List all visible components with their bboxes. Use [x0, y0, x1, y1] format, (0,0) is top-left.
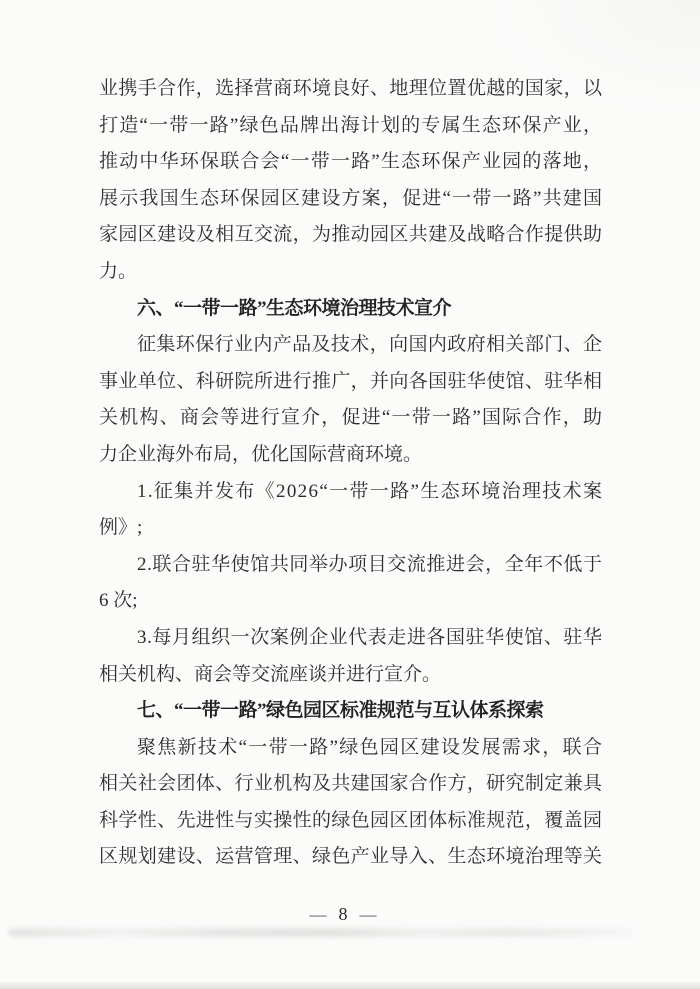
- text-line: 例》;: [99, 510, 602, 547]
- text-line: 力企业海外布局，优化国际营商环境。: [99, 437, 602, 474]
- text-line: 家园区建设及相互交流，为推动园区共建及战略合作提供助: [99, 217, 602, 254]
- footer-dash-left: —: [310, 905, 327, 924]
- scan-smudge-artifact: [8, 928, 633, 937]
- text-line: 事业单位、科研院所进行推广，并向各国驻华使馆、驻华相: [99, 364, 602, 401]
- section-heading: 六、“一带一路”生态环境治理技术宣介: [99, 291, 602, 328]
- text-line: 聚焦新技术“一带一路”绿色园区建设发展需求，联合: [99, 730, 602, 767]
- text-line: 区规划建设、运营管理、绿色产业导入、生态环境治理等关: [99, 839, 602, 876]
- footer-dash-right: —: [360, 905, 377, 924]
- section-heading: 七、“一带一路”绿色园区标准规范与互认体系探索: [99, 693, 602, 730]
- text-line: 科学性、先进性与实操性的绿色园区团体标准规范，覆盖园: [99, 803, 602, 840]
- text-line: 6 次;: [99, 583, 602, 620]
- text-line: 力。: [99, 254, 602, 291]
- text-line: 关机构、商会等进行宣介，促进“一带一路”国际合作，助: [99, 400, 602, 437]
- text-line: 业携手合作，选择营商环境良好、地理位置优越的国家，以: [99, 71, 602, 108]
- document-body: 业携手合作，选择营商环境良好、地理位置优越的国家，以打造“一带一路”绿色品牌出海…: [99, 71, 602, 876]
- text-line: 2.联合驻华使馆共同举办项目交流推进会，全年不低于: [99, 547, 602, 584]
- document-page: 业携手合作，选择营商环境良好、地理位置优越的国家，以打造“一带一路”绿色品牌出海…: [0, 0, 700, 989]
- text-line: 1.征集并发布《2026“一带一路”生态环境治理技术案: [99, 474, 602, 511]
- scan-edge-shadow: [0, 982, 700, 989]
- page-footer: —8—: [0, 901, 693, 928]
- text-line: 打造“一带一路”绿色品牌出海计划的专属生态环保产业，: [99, 108, 602, 145]
- text-line: 3.每月组织一次案例企业代表走进各国驻华使馆、驻华: [99, 620, 602, 657]
- text-line: 推动中华环保联合会“一带一路”生态环保产业园的落地，: [99, 144, 602, 181]
- text-line: 展示我国生态环保园区建设方案，促进“一带一路”共建国: [99, 181, 602, 218]
- page-number: 8: [339, 901, 348, 927]
- text-line: 征集环保行业内产品及技术，向国内政府相关部门、企: [99, 327, 602, 364]
- text-line: 相关社会团体、行业机构及共建国家合作方，研究制定兼具: [99, 766, 602, 803]
- text-line: 相关机构、商会等交流座谈并进行宣介。: [99, 657, 602, 694]
